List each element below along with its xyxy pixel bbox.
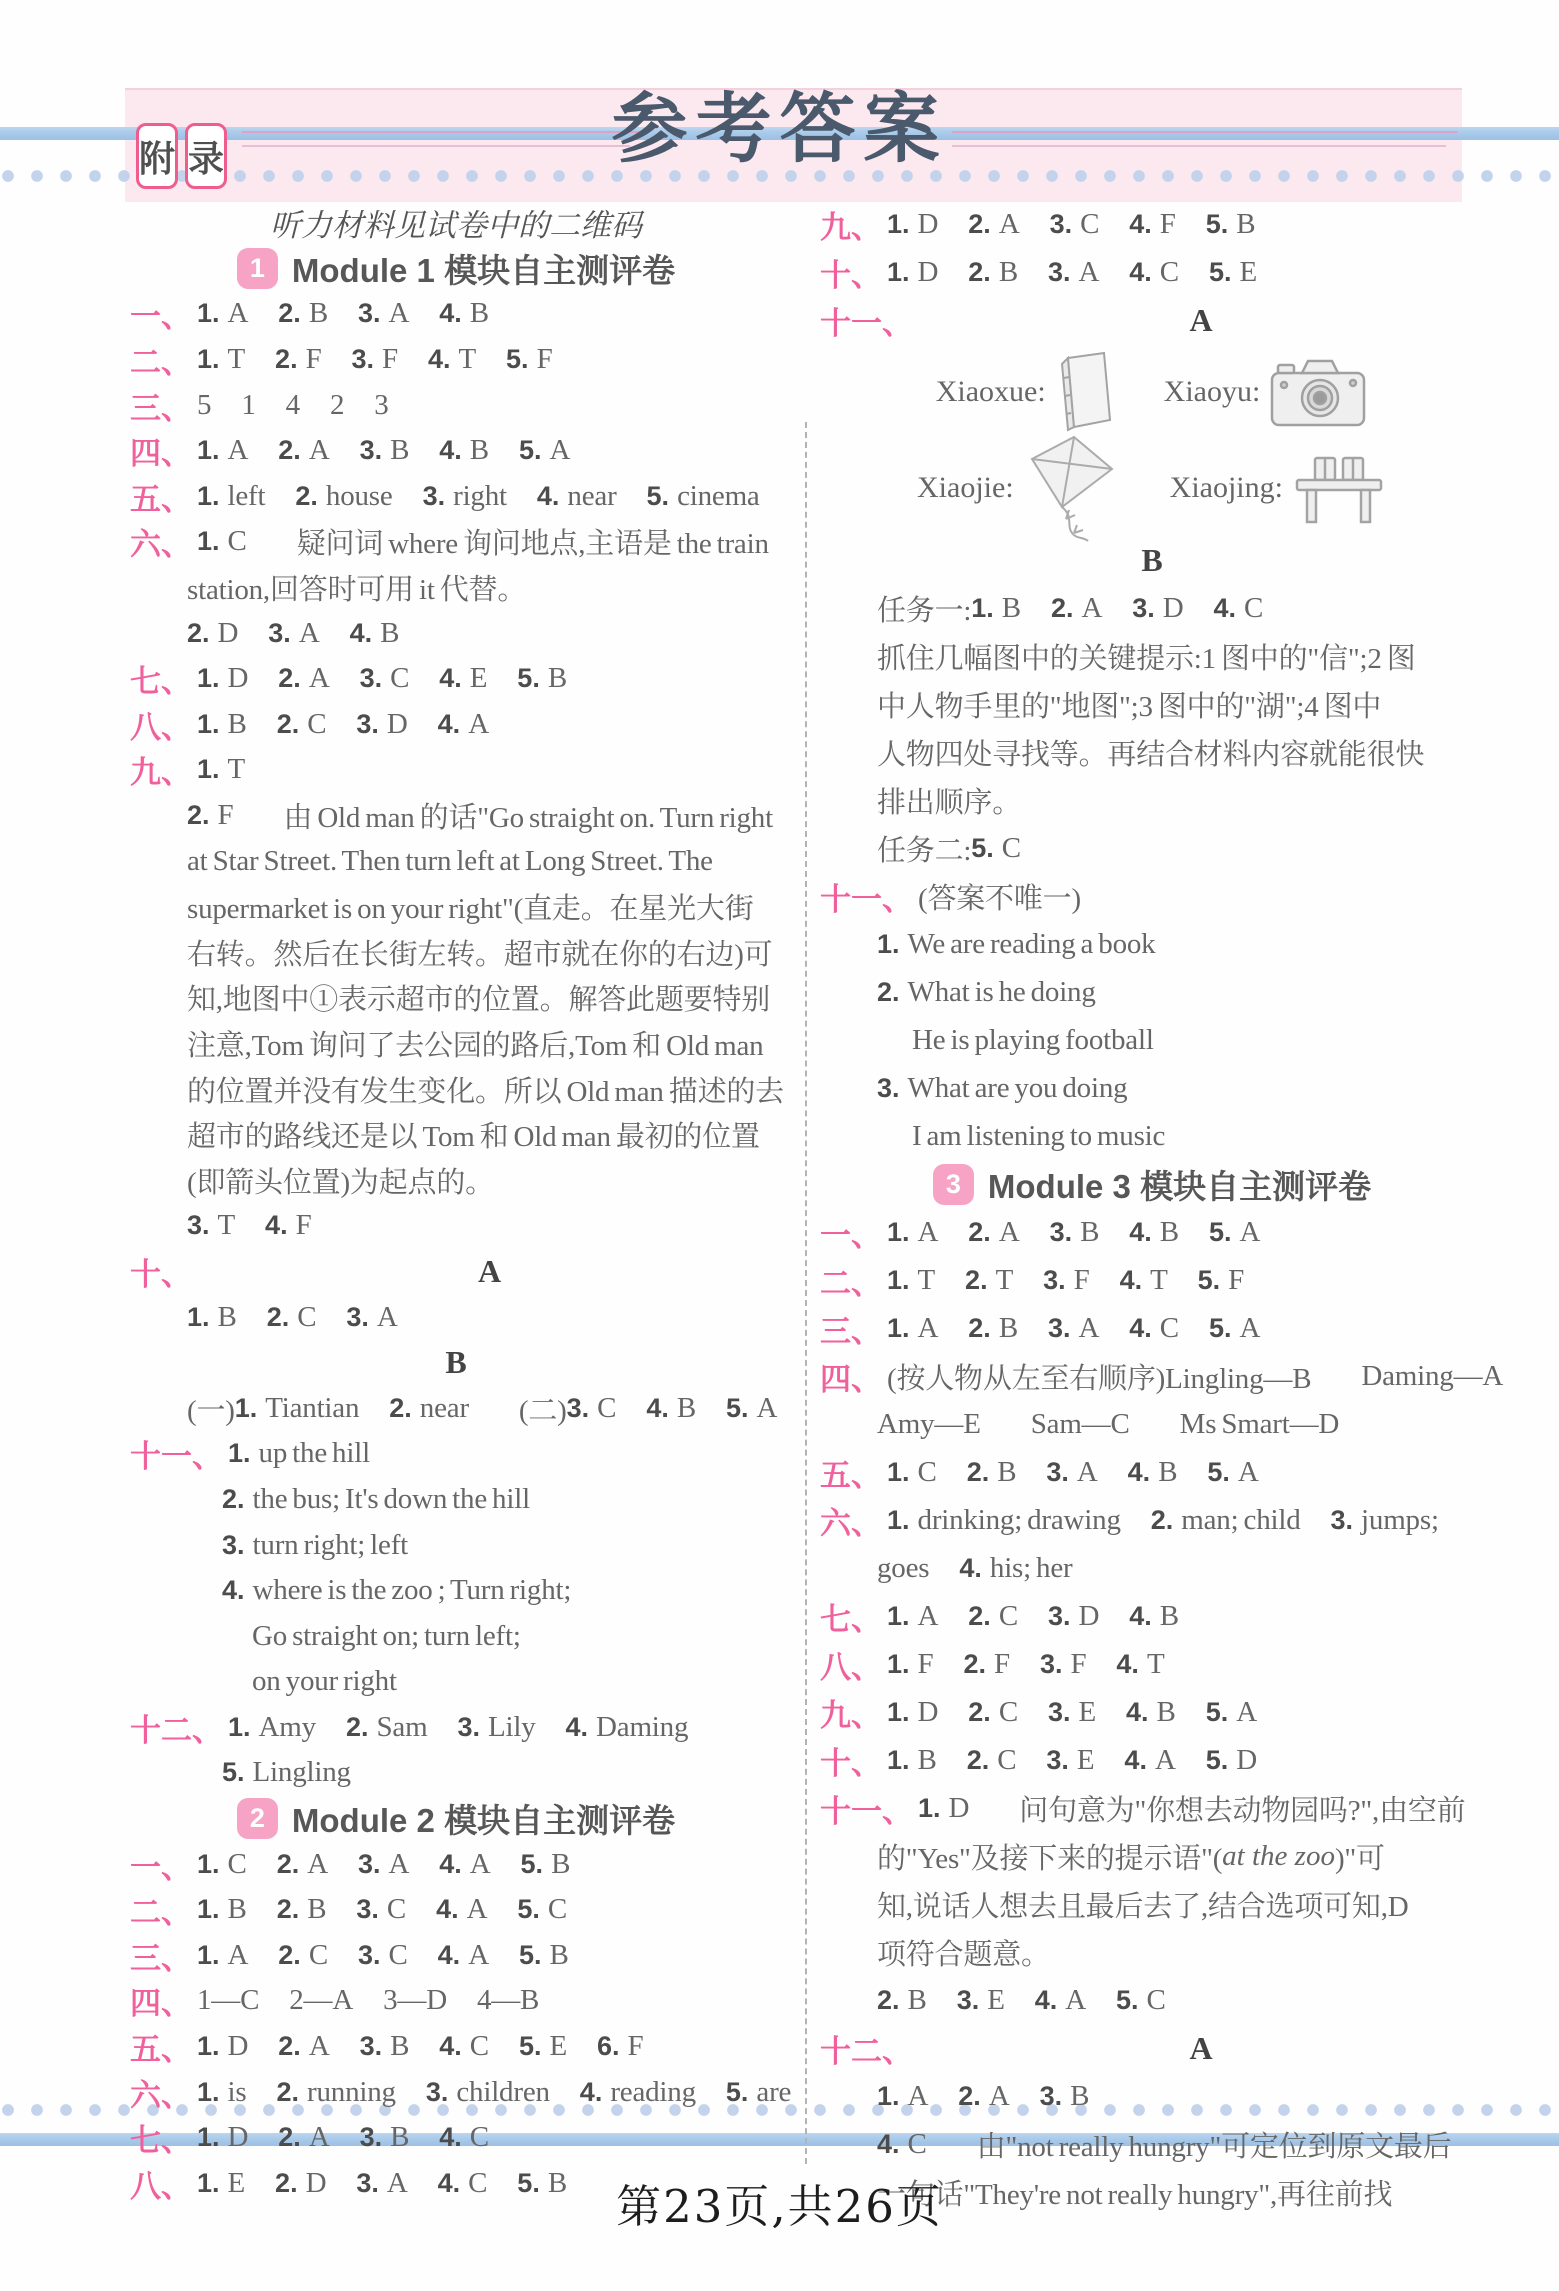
answer-line: (即箭头位置)为起点的。: [130, 1157, 782, 1203]
section-label: 二、: [130, 337, 192, 382]
answer-line: 知,说话人想去且最后去了,结合选项可知,D: [820, 1880, 1484, 1928]
item-number: 1.: [197, 435, 220, 466]
item-number: 5.: [519, 2031, 542, 2062]
item-number: 1.: [228, 1712, 251, 1743]
item-number: 1.: [918, 1793, 941, 1824]
item-number: 6.: [597, 2031, 620, 2062]
answer-line: 七、1.D2.A3.B4.C: [130, 2115, 782, 2161]
section-label: 八、: [820, 1642, 882, 1687]
answer-line: Go straight on; turn left;: [130, 1613, 782, 1659]
item-number: 1.: [197, 1940, 220, 1971]
answer-text: 1—C: [197, 1984, 259, 2017]
answer-text: C: [389, 1939, 408, 1972]
answer-text: jumps;: [1361, 1504, 1439, 1537]
answer-text: running: [307, 2076, 396, 2109]
item-number: 2.: [968, 1217, 991, 1248]
item-number: 1.: [197, 663, 220, 694]
section-label: 十一、: [820, 874, 913, 919]
item-number: 3.: [360, 435, 383, 466]
item-number: 4.: [580, 2077, 603, 2108]
item-number: 1.: [887, 209, 910, 240]
icon-label: Xiaojie:: [917, 471, 1014, 505]
answer-line: 六、1.drinking; drawing2.man; child3.jumps…: [820, 1496, 1484, 1544]
answer-text: Go straight on; turn left;: [252, 1620, 521, 1653]
answer-text: F: [1074, 1264, 1090, 1297]
section-label: 七、: [820, 1594, 882, 1639]
answer-text: C: [1147, 1984, 1166, 2017]
section-label: 六、: [130, 2070, 192, 2115]
answer-line: 九、1.D2.C3.E4.B5.A: [820, 1688, 1484, 1736]
answer-text: A: [228, 1939, 249, 1972]
item-number: 1.: [197, 344, 220, 375]
answer-text: A: [299, 617, 320, 650]
section-label: 一、: [820, 1210, 882, 1255]
answer-text: A: [309, 662, 330, 695]
answer-text: B: [1160, 1216, 1179, 1249]
answer-text: B: [999, 256, 1018, 289]
answer-text: D: [918, 208, 939, 241]
answer-text: 的"Yes"及接下来的提示语"(: [877, 1836, 1222, 1877]
appendix-tag: 附 录: [136, 123, 227, 189]
answer-text: E: [987, 1984, 1005, 2017]
item-number: 4.: [439, 298, 462, 329]
answer-line: 四、1.A2.A3.B4.B5.A: [130, 428, 782, 474]
item-number: 1.: [187, 1302, 210, 1333]
item-number: 3.: [352, 344, 375, 375]
answer-text: Daming: [596, 1711, 688, 1744]
section-label: 五、: [820, 1450, 882, 1495]
answer-text: Amy—E: [877, 1408, 981, 1441]
answer-text: What are you doing: [908, 1072, 1128, 1105]
item-number: 4.: [436, 1894, 459, 1925]
item-number: 4.: [438, 709, 461, 740]
answer-line: 1.We are reading a book: [820, 920, 1484, 968]
section-label: 十、: [820, 1738, 882, 1783]
answer-line: 2.the bus; It's down the hill: [130, 1477, 782, 1523]
book-icon: [1054, 350, 1114, 434]
answer-line: 1.A2.A3.B: [820, 2072, 1484, 2120]
section-label: 六、: [130, 519, 192, 564]
item-number: 5.: [1207, 1457, 1230, 1488]
answer-line: 六、1.C疑问词 where 询问地点,主语是 the train: [130, 519, 782, 565]
answer-line: 十一、1.D问句意为"你想去动物园吗?",由空前: [820, 1784, 1484, 1832]
answer-line: 九、1.D2.A3.C4.F5.B: [820, 200, 1484, 248]
answer-text: B: [218, 1301, 237, 1334]
answer-line: 二、1.B2.B3.C4.A5.C: [130, 1887, 782, 1933]
item-number: 1.: [877, 2081, 900, 2112]
answer-line: 听力材料见试卷中的二维码: [130, 200, 782, 246]
item-number: 3.: [1046, 1457, 1069, 1488]
left-column: 听力材料见试卷中的二维码1Module 1 模块自主测评卷一、1.A2.B3.A…: [130, 200, 782, 2206]
module-title: Module 3 模块自主测评卷: [988, 1161, 1371, 1208]
answer-text: (即箭头位置)为起点的。: [187, 1160, 494, 1201]
item-number: 4.: [537, 481, 560, 512]
item-number: 2.: [267, 1302, 290, 1333]
answer-text: Tiantian: [265, 1392, 359, 1425]
answer-text: B: [1158, 1456, 1177, 1489]
item-number: 3.: [877, 1073, 900, 1104]
item-number: 3.: [567, 1393, 590, 1424]
item-number: 2.: [389, 1393, 412, 1424]
answer-line: 三、51423: [130, 382, 782, 428]
item-number: 2.: [958, 2081, 981, 2112]
answer-line: 的"Yes"及接下来的提示语"(at the zoo)"可: [820, 1832, 1484, 1880]
answer-text: D: [218, 617, 239, 650]
answer-text: A: [989, 2080, 1010, 2113]
answer-text: B: [551, 1848, 570, 1881]
item-number: 5.: [1116, 1985, 1139, 2016]
answer-text: C: [1160, 256, 1179, 289]
item-number: 2.: [278, 298, 301, 329]
answer-text: T: [1150, 1264, 1168, 1297]
item-number: 2.: [277, 709, 300, 740]
item-number: 3.: [187, 1210, 210, 1241]
answer-text: C: [307, 708, 326, 741]
section-label: 九、: [130, 747, 192, 792]
answer-line: 二、1.T2.F3.F4.T5.F: [130, 337, 782, 383]
answer-text: 知,地图中①表示超市的位置。解答此题要特别: [187, 977, 770, 1018]
answer-text: D: [918, 1696, 939, 1729]
answer-text: F: [1160, 208, 1176, 241]
answer-text: A: [309, 2121, 330, 2154]
item-number: 5.: [506, 344, 529, 375]
answer-text: 人物四处寻找等。再结合材料内容就能很快: [877, 732, 1424, 773]
answer-line: supermarket is on your right"(直走。在星光大街: [130, 884, 782, 930]
answer-text: B: [228, 708, 247, 741]
answer-line: 3.T4.F: [130, 1203, 782, 1249]
answer-text: F: [628, 2030, 644, 2063]
answer-text: A: [999, 1216, 1020, 1249]
answer-text: drinking; drawing: [918, 1504, 1121, 1537]
answer-text: C: [309, 1939, 328, 1972]
answer-line: 四、1—C2—A3—D4—B: [130, 1978, 782, 2024]
section-label: 四、: [820, 1354, 882, 1399]
section-label: 四、: [130, 1978, 192, 2023]
answer-text: A: [1238, 1456, 1259, 1489]
item-number: 1.: [887, 1457, 910, 1488]
answer-line: 四、(按人物从左至右顺序)Lingling—BDaming—A: [820, 1352, 1484, 1400]
item-number: 1.: [887, 257, 910, 288]
item-number: 1.: [197, 2077, 220, 2108]
answer-text: B: [1080, 1216, 1099, 1249]
answer-text: 由 Old man 的话"Go straight on. Turn right: [283, 795, 773, 836]
answer-line: (一)1.Tiantian2.near(二)3.C4.B5.A: [130, 1385, 782, 1431]
answer-text: at Star Street. Then turn left at Long S…: [187, 845, 713, 878]
section-label: 十、: [130, 1249, 192, 1294]
answer-text: 抓住几幅图中的关键提示:1 图中的"信";2 图: [877, 636, 1416, 677]
answer-text: We are reading a book: [908, 928, 1156, 961]
item-number: 5.: [519, 435, 542, 466]
item-number: 1.: [887, 1601, 910, 1632]
section-label: 十二、: [130, 1705, 223, 1750]
answer-line: 1.B2.C3.A: [130, 1294, 782, 1340]
section-label: 十一、: [820, 1786, 913, 1831]
answer-line: 人物四处寻找等。再结合材料内容就能很快: [820, 728, 1484, 776]
answer-line: 一、1.A2.B3.A4.B: [130, 291, 782, 337]
answer-line: 3.What are you doing: [820, 1064, 1484, 1112]
answer-text: 注意,Tom 询问了去公园的路后,Tom 和 Old man: [187, 1023, 763, 1064]
answer-line: 十一、A: [820, 296, 1484, 344]
answer-text: 2—A: [289, 1984, 353, 2017]
section-label: 七、: [130, 656, 192, 701]
item-number: 4.: [1214, 593, 1237, 624]
item-number: 1.: [887, 1649, 910, 1680]
section-label: 十、: [820, 250, 882, 295]
answer-line: 任务一:1.B2.A3.D4.C: [820, 584, 1484, 632]
answer-text: C: [918, 1456, 937, 1489]
module-number-badge: 1: [237, 248, 278, 289]
column-divider: [805, 422, 807, 2164]
answer-text: E: [1079, 1696, 1097, 1729]
answer-text: A: [999, 208, 1020, 241]
answer-line: 七、1.D2.A3.C4.E5.B: [130, 656, 782, 702]
item-number: 4.: [222, 1575, 245, 1606]
item-number: 1.: [877, 929, 900, 960]
item-number: 2.: [295, 481, 318, 512]
item-number: 1.: [971, 593, 994, 624]
item-number: 2.: [278, 1940, 301, 1971]
answer-text: A: [1081, 592, 1102, 625]
answer-text: left: [228, 480, 266, 513]
answer-text: A: [918, 1600, 939, 1633]
answer-line: at Star Street. Then turn left at Long S…: [130, 838, 782, 884]
item-number: 2.: [275, 344, 298, 375]
answer-text: 4—B: [477, 1984, 539, 2017]
answer-text: C: [387, 1893, 406, 1926]
answer-text: B: [470, 297, 489, 330]
answer-line: 十一、1.up the hill: [130, 1431, 782, 1477]
item-number: 5.: [647, 481, 670, 512]
section-label: 九、: [820, 202, 882, 247]
answer-text: 3: [374, 389, 388, 422]
answer-text: 项符合题意。: [877, 1932, 1050, 1973]
answer-line: 4.C由"not really hungry"可定位到原文最后: [820, 2120, 1484, 2168]
answer-line: 三、1.A2.C3.C4.A5.B: [130, 1933, 782, 1979]
answer-text: A: [467, 1893, 488, 1926]
answer-text: A: [470, 1848, 491, 1881]
answer-text: cinema: [677, 480, 760, 513]
answer-text: 任务二:: [877, 828, 971, 869]
answer-line: Xiaojie:Xiaojing:: [820, 440, 1484, 536]
item-number: 5.: [1209, 1217, 1232, 1248]
answer-line: 十、1.B2.C3.E4.A5.D: [820, 1736, 1484, 1784]
item-number: 3.: [423, 481, 446, 512]
answer-text: He is playing football: [912, 1024, 1154, 1057]
item-number: 1.: [887, 1265, 910, 1296]
part-label: B: [1141, 542, 1162, 579]
answer-text: 1: [241, 389, 255, 422]
answer-text: A: [389, 1848, 410, 1881]
answer-text: (答案不唯一): [918, 876, 1081, 917]
answer-text: children: [456, 2076, 549, 2109]
answer-text: B: [390, 2121, 409, 2154]
answer-text: A: [1239, 1216, 1260, 1249]
page-number: 第23页,共26页: [0, 2170, 1559, 2235]
answer-text: (一): [187, 1388, 235, 1429]
answer-text: the bus; It's down the hill: [253, 1483, 530, 1516]
answer-text: D: [228, 662, 249, 695]
answer-text: Lily: [488, 1711, 536, 1744]
item-number: 3.: [1050, 1217, 1073, 1248]
item-number: 1.: [887, 1217, 910, 1248]
appendix-tag-char-1: 附: [136, 123, 178, 189]
answer-line: 八、1.F2.F3.F4.T: [820, 1640, 1484, 1688]
answer-text: C: [597, 1392, 616, 1425]
item-number: 4.: [1126, 1697, 1149, 1728]
item-number: 5.: [1206, 1745, 1229, 1776]
answer-text: A: [1079, 1312, 1100, 1345]
item-number: 3.: [1050, 209, 1073, 240]
answer-text: on your right: [252, 1665, 397, 1698]
answer-text: A: [908, 2080, 929, 2113]
section-label: 五、: [130, 2024, 192, 2069]
item-number: 4.: [1129, 1217, 1152, 1248]
answer-line: 右转。然后在长街左转。超市就在你的右边)可: [130, 930, 782, 976]
item-number: 2.: [277, 1849, 300, 1880]
answer-line: 5.Lingling: [130, 1750, 782, 1796]
answer-text: B: [549, 1939, 568, 1972]
icon-label: Xiaojing:: [1170, 471, 1283, 505]
item-number: 3.: [1040, 1649, 1063, 1680]
item-number: 3.: [1040, 2081, 1063, 2112]
answer-text: D: [1236, 1744, 1257, 1777]
section-label: 十一、: [130, 1431, 223, 1476]
answer-line: 二、1.T2.T3.F4.T5.F: [820, 1256, 1484, 1304]
item-number: 4.: [959, 1553, 982, 1584]
answer-text: B: [918, 1744, 937, 1777]
section-label: 二、: [820, 1258, 882, 1303]
page-title: 参考答案: [0, 84, 1559, 176]
answer-text: C: [999, 1696, 1018, 1729]
part-label: A: [1189, 302, 1212, 339]
module-number-badge: 3: [933, 1164, 974, 1205]
item-number: 2.: [1151, 1505, 1174, 1536]
answer-line: He is playing football: [820, 1016, 1484, 1064]
answer-line: I am listening to music: [820, 1112, 1484, 1160]
item-number: 3.: [346, 1302, 369, 1333]
answer-line: 2.B3.E4.A5.C: [820, 1976, 1484, 2024]
answer-line: 一、1.A2.A3.B4.B5.A: [820, 1208, 1484, 1256]
item-number: 4.: [350, 618, 373, 649]
answer-text: A: [377, 1301, 398, 1334]
answer-text: supermarket is on your right"(直走。在星光大街: [187, 886, 754, 927]
answer-line: 2.D3.A4.B: [130, 610, 782, 656]
item-number: 5.: [521, 1849, 544, 1880]
answer-text: B: [1070, 2080, 1089, 2113]
item-number: 3.: [1046, 1745, 1069, 1776]
module-title: Module 2 模块自主测评卷: [292, 1795, 675, 1842]
section-label: 三、: [130, 383, 192, 428]
section-label: 二、: [130, 1887, 192, 1932]
answer-text: T: [228, 753, 246, 786]
answer-text: A: [1065, 1984, 1086, 2017]
answer-text: F: [1228, 1264, 1244, 1297]
answer-text: A: [549, 434, 570, 467]
answer-text: C: [548, 1893, 567, 1926]
item-number: 4.: [1129, 1601, 1152, 1632]
item-number: 3.: [1132, 593, 1155, 624]
item-number: 2.: [187, 618, 210, 649]
answer-text: station,回答时可用 it 代替。: [187, 567, 526, 608]
item-number: 5.: [1209, 257, 1232, 288]
item-number: 4.: [265, 1210, 288, 1241]
item-number: 5.: [1209, 1313, 1232, 1344]
answer-text: T: [996, 1264, 1014, 1297]
answer-text: F: [382, 343, 398, 376]
answer-text: C: [1002, 832, 1021, 865]
item-number: 4.: [439, 2031, 462, 2062]
appendix-tag-char-2: 录: [185, 123, 227, 189]
answer-text: What is he doing: [908, 976, 1096, 1009]
item-number: 2.: [968, 1697, 991, 1728]
answer-text: Sam: [376, 1711, 427, 1744]
item-number: 2.: [278, 435, 301, 466]
item-number: 3.: [1048, 257, 1071, 288]
item-number: 5.: [519, 1940, 542, 1971]
answer-text: A: [309, 2030, 330, 2063]
answer-text: T: [918, 1264, 936, 1297]
item-number: 1.: [228, 1438, 251, 1469]
answer-text: his; her: [990, 1552, 1073, 1585]
answer-text: 5: [197, 389, 211, 422]
answer-text: B: [908, 1984, 927, 2017]
answer-text: F: [994, 1648, 1010, 1681]
module-header: 3Module 3 模块自主测评卷: [820, 1160, 1484, 1208]
item-number: 4.: [646, 1393, 669, 1424]
answer-text: 中人物手里的"地图";3 图中的"湖";4 图中: [877, 684, 1381, 725]
item-number: 4.: [1120, 1265, 1143, 1296]
answer-text: 由"not really hungry"可定位到原文最后: [977, 2124, 1452, 2165]
item-number: 1.: [197, 2031, 220, 2062]
answer-text: A: [1236, 1696, 1257, 1729]
answer-text: near: [420, 1392, 469, 1425]
section-label: 十一、: [820, 298, 913, 343]
item-number: 1.: [197, 1849, 220, 1880]
answer-text: A: [1079, 256, 1100, 289]
answer-text: B: [1160, 1600, 1179, 1633]
section-label: 一、: [130, 1842, 192, 1887]
item-number: 1.: [197, 1894, 220, 1925]
item-number: 3.: [360, 2031, 383, 2062]
item-number: 4.: [1124, 1745, 1147, 1776]
answer-text: B: [1002, 592, 1021, 625]
answer-text: B: [677, 1392, 696, 1425]
answer-line: 八、1.B2.C3.D4.A: [130, 702, 782, 748]
answer-text: C: [1244, 592, 1263, 625]
answer-text: A: [1239, 1312, 1260, 1345]
item-number: 3.: [1048, 1313, 1071, 1344]
answer-line: 项符合题意。: [820, 1928, 1484, 1976]
item-number: 1.: [197, 2122, 220, 2153]
item-number: 1.: [235, 1393, 258, 1424]
answer-text: D: [1163, 592, 1184, 625]
part-label: A: [478, 1253, 501, 1290]
answer-text: A: [757, 1392, 778, 1425]
item-number: 3.: [360, 663, 383, 694]
item-number: 2.: [968, 257, 991, 288]
item-number: 4.: [439, 663, 462, 694]
item-number: 3.: [358, 1940, 381, 1971]
item-number: 2.: [967, 1457, 990, 1488]
answer-text: C: [997, 1744, 1016, 1777]
item-number: 2.: [278, 2031, 301, 2062]
item-number: 1.: [197, 754, 220, 785]
item-number: 3.: [222, 1530, 245, 1561]
item-number: 2.: [968, 1601, 991, 1632]
answer-text: A: [918, 1216, 939, 1249]
item-number: 3.: [1048, 1697, 1071, 1728]
answer-text: up the hill: [259, 1437, 370, 1470]
